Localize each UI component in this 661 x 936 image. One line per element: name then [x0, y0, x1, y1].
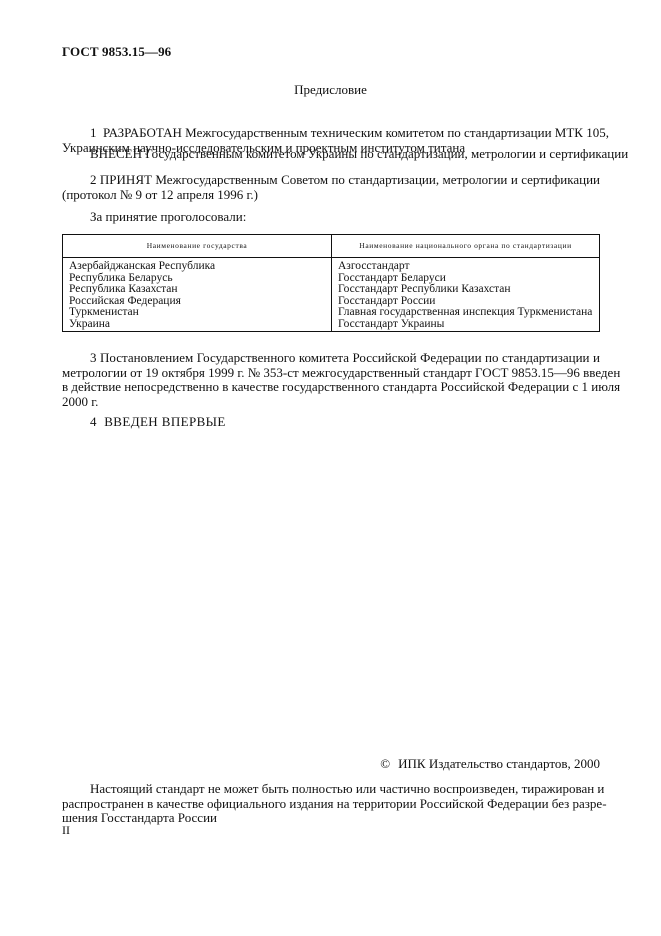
section-introduced-text-row: ВНЕСЕН Государственным комитетом Украины… — [62, 147, 600, 162]
table-cell-body: Госстандарт Республики Казахстан — [332, 284, 600, 296]
table-cell-state: Республика Казахстан — [63, 284, 332, 296]
section-2: 2 ПРИНЯТ Межгосударственным Советом по с… — [62, 173, 600, 202]
section-2-line1: ПРИНЯТ Межгосударственным Советом по ста… — [100, 172, 600, 187]
voted-label: За принятие проголосовали: — [90, 209, 246, 224]
section-2-number: 2 — [90, 172, 97, 187]
table-row: Туркменистан Главная государственная инс… — [63, 307, 600, 319]
table-cell-state: Украина — [63, 319, 332, 332]
reproduction-notice: Настоящий стандарт не может быть полност… — [62, 782, 600, 826]
notice-line2: распространен в качестве официального из… — [62, 797, 600, 812]
section-3-line3: в действие непосредственно в качестве го… — [62, 380, 600, 395]
table-row: Азербайджанская Республика Азгосстандарт — [63, 258, 600, 273]
document-code: ГОСТ 9853.15—96 — [62, 44, 171, 60]
copyright-text: ИПК Издательство стандартов, 2000 — [398, 756, 600, 771]
section-3-line1: Постановлением Государственного комитета… — [100, 350, 600, 365]
table-row: Республика Казахстан Госстандарт Республ… — [63, 284, 600, 296]
section-4: 4 ВВЕДЕН ВПЕРВЫЕ — [62, 415, 600, 430]
section-4-text: ВВЕДЕН ВПЕРВЫЕ — [104, 414, 226, 429]
states-table: Наименование государства Наименование на… — [62, 234, 600, 332]
section-4-number: 4 — [90, 414, 97, 429]
section-3-line2: метрологии от 19 октября 1999 г. № 353-с… — [62, 366, 600, 381]
voted-label-row: За принятие проголосовали: — [62, 210, 600, 225]
table-cell-state: Туркменистан — [63, 307, 332, 319]
notice-line1: Настоящий стандарт не может быть полност… — [90, 781, 604, 796]
section-2-line2: (протокол № 9 от 12 апреля 1996 г.) — [62, 188, 600, 203]
table-cell-state: Азербайджанская Республика — [63, 258, 332, 273]
section-3: 3 Постановлением Государственного комите… — [62, 351, 600, 409]
table-cell-body: Азгосстандарт — [332, 258, 600, 273]
section-3-number: 3 — [90, 350, 97, 365]
page-title: Предисловие — [0, 82, 661, 98]
section-1-line1: РАЗРАБОТАН Межгосударственным технически… — [103, 125, 609, 140]
section-3-line4: 2000 г. — [62, 395, 600, 410]
copyright-icon: © — [380, 756, 390, 771]
notice-line3: шения Госстандарта России — [62, 811, 600, 826]
copyright: ©ИПК Издательство стандартов, 2000 — [380, 756, 600, 772]
section-introduced-text: ВНЕСЕН Государственным комитетом Украины… — [90, 146, 628, 161]
section-1-number: 1 — [90, 125, 97, 140]
table-header-row: Наименование государства Наименование на… — [63, 235, 600, 258]
table-header-state: Наименование государства — [63, 235, 332, 258]
table-cell-body: Госстандарт Украины — [332, 319, 600, 332]
table-row: Украина Госстандарт Украины — [63, 319, 600, 332]
table-header-body: Наименование национального органа по ста… — [332, 235, 600, 258]
page-number: II — [62, 823, 70, 838]
table-cell-body: Главная государственная инспекция Туркме… — [332, 307, 600, 319]
